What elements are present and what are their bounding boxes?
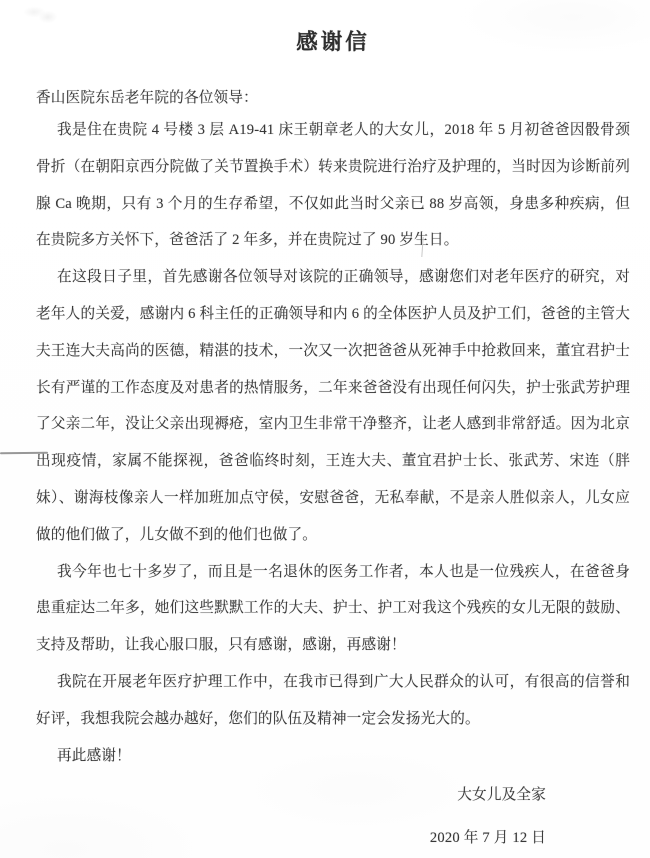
letter-title: 感谢信 [36, 27, 630, 57]
letter-paragraph: 我是住在贵院 4 号楼 3 层 A19-41 床王朝章老人的大女儿，2018 年… [36, 112, 630, 259]
letter-paragraph: 我今年也七十多岁了，而且是一名退休的医务工作者，本人也是一位残疾人，在爸爸身患重… [36, 554, 630, 664]
letter-paragraph: 我院在开展老年医疗护理工作中，在我市已得到广大人民群众的认可，有很高的信誉和好评… [36, 664, 630, 738]
letter-date: 2020 年 7 月 12 日 [36, 827, 546, 849]
scanned-letter-page: 感谢信 香山医院东岳老年院的各位领导： 我是住在贵院 4 号楼 3 层 A19-… [0, 0, 650, 858]
scan-smudge-artifact [24, 5, 58, 25]
letter-closing: 大女儿及全家 2020 年 7 月 12 日 [36, 784, 630, 849]
letter-paragraph: 再此感谢！ [36, 738, 630, 775]
letter-signature: 大女儿及全家 [36, 784, 546, 806]
letter-content: 感谢信 香山医院东岳老年院的各位领导： 我是住在贵院 4 号楼 3 层 A19-… [0, 27, 650, 849]
letter-paragraph: 在这段日子里，首先感谢各位领导对该院的正确领导，感谢您们对老年医疗的研究，对老年… [36, 259, 630, 553]
letter-salutation: 香山医院东岳老年院的各位领导： [36, 88, 630, 108]
